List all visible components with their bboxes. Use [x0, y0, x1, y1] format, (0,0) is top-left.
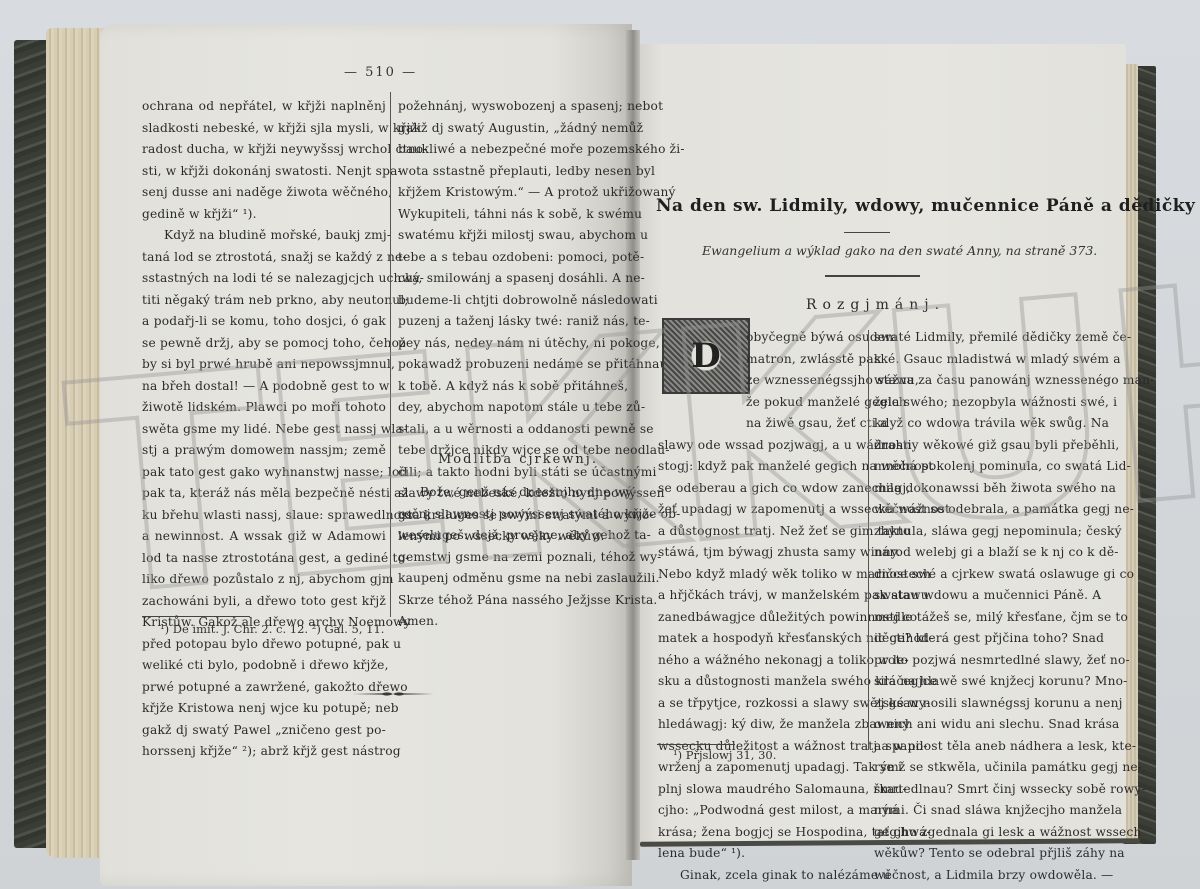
text-line: slawy ode wssad pozjwagj, a u wážnosti [658, 435, 862, 457]
text-line: dey, abychom napotom stále u tebe zů- [398, 397, 626, 419]
text-line: mila dokonawssi běh žiwota swého na [874, 478, 1094, 500]
right-page-column-1: obyčegně býwá osudemmatron, zwlásstě pak… [658, 327, 862, 886]
text-line: wážna za času panowánj wznessenégo man- [874, 370, 1094, 392]
text-line: baukliwé a nebezpečné moře pozemského ži… [398, 139, 626, 161]
text-line: by si byl prwé hrubě ani nepowssjmnul, [142, 354, 386, 376]
text-line: matron, zwlásstě pak [658, 349, 862, 371]
text-line: stáwá, tjm býwagj zhusta samy winny. [658, 542, 862, 564]
text-line: gemstwj gsme na zemi poznali, téhož wy- [398, 547, 626, 569]
text-line: lena bude“ ¹). [658, 843, 862, 865]
text-line: tebe a s tebau ozdobeni: pomoci, potě- [398, 247, 626, 269]
text-line: mnohá pokolenj pominula, co swatá Lid- [874, 456, 1094, 478]
text-line: hledáwagj: ký diw, že manžela zbaweny [658, 714, 862, 736]
page-number: — 510 — [344, 65, 417, 80]
text-line: křjže Kristowa nenj wjce ku potupě; neb [142, 698, 386, 720]
text-line: krása; žena bogjcj se Hospodina, tať chw… [658, 822, 862, 844]
text-line: cjho: „Podwodná gest milost, a marná [658, 800, 862, 822]
text-line: národ welebj gi a blaží se k nj co k dě- [874, 542, 1094, 564]
text-line: dičce swé a cjrkew swatá oslawuge gi co [874, 564, 1094, 586]
text-line: sstastných na lodi té se nalezagjcjch uc… [142, 268, 386, 290]
text-line: sti, w křjži dokonánj swatosti. Nenjt sp… [142, 161, 386, 183]
footnote-rule [657, 744, 735, 745]
text-line: sila na hlawě swé knjžecj korunu? Mno- [874, 671, 1094, 693]
text-line: křjžem Kristowým.“ — A protož ukřižowaný [398, 182, 626, 204]
text-line: Amen. [398, 611, 626, 633]
prayer-text: Bože, genž nás dnessnjho dne wý-ročnj sl… [398, 482, 626, 633]
text-line: požehnánj, wyswobozenj a spasenj; nebot [398, 96, 626, 118]
text-line: ku břehu wlasti nassj, slaue: sprawedlno… [142, 505, 386, 527]
text-line: zachowáni byli, a dřewo toto gest křjž [142, 591, 386, 613]
chapter-title: Na den sw. Lidmily, wdowy, mučennice Pán… [656, 196, 1200, 216]
text-line: ročnj slawnostj powýssenj swatého křjže … [398, 504, 626, 526]
text-line: budeme-li chtjti dobrowolně následowati [398, 290, 626, 312]
footnote-rule [142, 616, 250, 617]
right-footnote: ¹) Přjslowj 31, 30. [673, 748, 776, 762]
text-line: žela swého; nezopbyla wážnosti swé, i [874, 392, 1094, 414]
text-line: na žiwě gsau, žeť cti a [658, 413, 862, 435]
text-line: zhynula, sláwa gegj nepominula; český [874, 521, 1094, 543]
ornament-divider-icon [352, 691, 434, 697]
right-page-column-2: swaté Lidmily, přemilé dědičky země če-s… [874, 327, 1094, 886]
text-line: senj dusse ani naděge žiwota wěčného, [142, 182, 386, 204]
text-line: Bože, genž nás dnessnjho dne wý- [398, 482, 626, 504]
text-line: chy, smilowánj a spasenj dosáhli. A ne- [398, 268, 626, 290]
text-line: pokawadž probuzeni nedáme se přitáhnauti [398, 354, 626, 376]
text-line: gakž dj swatý Augustin, „žádný nemůž [398, 118, 626, 140]
text-line: děge? která gest přjčina toho? Snad [874, 628, 1094, 650]
title-rule [844, 232, 890, 233]
text-line: o nich ani widu ani slechu. Snad krása [874, 714, 1094, 736]
text-line: Když na bludině mořské, baukj zmj- [142, 225, 386, 247]
text-line: a se třpytjce, rozkossi a slawy swětské … [658, 693, 862, 715]
text-line: ochrana od nepřátel, w křjži naplněnj [142, 96, 386, 118]
text-line: a hřjčkách trávj, w manželském pak stawu [658, 585, 862, 607]
prayer-heading: Modlitba cjrkewnj. [438, 452, 598, 467]
text-line: a spanilost těla aneb nádhera a lesk, kt… [874, 736, 1094, 758]
text-line: drahny wěkowé giž gsau byli přeběhli, [874, 435, 1094, 457]
text-line: wěčnost, a Lidmila brzy owdowěla. — [874, 865, 1094, 887]
text-line: stj a prawým domowem nassjm; země [142, 440, 386, 462]
text-line: a newinnost. A wssak giž w Adamowi [142, 526, 386, 548]
text-line: sku a důstognosti manžela swého kráčegjc… [658, 671, 862, 693]
text-line: k tobě. A když nás k sobě přitáhneš, [398, 376, 626, 398]
column-divider [390, 92, 391, 617]
text-line: radost ducha, w křjži neywyšssj wrchol c… [142, 139, 386, 161]
text-line: stogj: když pak manželé gegich na wěčnos… [658, 456, 862, 478]
text-line: že pokud manželé gegich [658, 392, 862, 414]
text-line: žiwotě lidském. Plawci po moři tohoto [142, 397, 386, 419]
text-line: ské. Gsauc mladistwá w mladý swém a [874, 349, 1094, 371]
text-line: Ginak, zcela ginak to nalézáme u [658, 865, 862, 887]
text-line: plnj slowa maudrého Salomauna, řkau- [658, 779, 862, 801]
text-line: Nebo když mladý wěk toliko w marnostech [658, 564, 862, 586]
photo-background: — 510 — ochrana od nepřátel, w křjži nap… [0, 0, 1200, 889]
text-line: nými. Či snad sláwa knjžecjho manžela [874, 800, 1094, 822]
text-line: před potopau bylo dřewo potupné, pak u [142, 634, 386, 656]
text-line: stali, a u wěrnosti a oddanosti pewně se [398, 419, 626, 441]
text-line: weselugeš: dejž, prosjme, aby gehož ta- [398, 525, 626, 547]
text-line: zanedbáwagjce důležitých powinnostj co [658, 607, 862, 629]
text-line: swatému křjži milostj swau, abychom u [398, 225, 626, 247]
text-line: zj gsau nosili slawnégssj korunu a nenj [874, 693, 1094, 715]
text-line: obyčegně býwá osudem [658, 327, 862, 349]
text-line: swaté Lidmily, přemilé dědičky země če- [874, 327, 1094, 349]
chapter-subtitle: Ewangelium a wýklad gako na den swaté An… [702, 243, 1097, 258]
text-line: ze wznessenégssjho stawu, [658, 370, 862, 392]
text-line: liko dřewo pozůstalo z nj, abychom gjm [142, 569, 386, 591]
section-heading: Rozgjmánj. [806, 297, 945, 313]
text-line: prwé potupné a zawržené, gakožto dřewo [142, 677, 386, 699]
text-line: horssenj křjže“ ²); abrž křjž gest nástr… [142, 741, 386, 763]
text-line: a podařj-li se komu, toho dosjci, ó gak [142, 311, 386, 333]
text-line: na břeh dostal! — A podobně gest to w [142, 376, 386, 398]
text-line: proto pozjwá nesmrtedlné slawy, žeť no- [874, 650, 1094, 672]
text-line: gedině w křjži“ ¹). [142, 204, 386, 226]
text-line: puzenj a taženj lásky twé: raniž nás, te… [398, 311, 626, 333]
text-line: gakž dj swatý Pawel „zničeno gest po- [142, 720, 386, 742]
text-line: swatau wdowu a mučennici Páně. A [874, 585, 1094, 607]
text-line: lod ta nasse ztrostotána gest, a gediné … [142, 548, 386, 570]
left-page-column-1: ochrana od nepřátel, w křjži naplněnjsla… [142, 96, 386, 763]
text-line: se pewně držj, aby se pomocj toho, čehož [142, 333, 386, 355]
text-line: titi něgaký trám neb prkno, aby neutonul… [142, 290, 386, 312]
text-line: matek a hospodyň křesťanských nic ctihod… [658, 628, 862, 650]
text-line: medle tážeš se, milý křesťane, čjm se to [874, 607, 1094, 629]
text-line: pak tato gest gako wyhnanstwj nasse; lod [142, 462, 386, 484]
subtitle-rule [825, 275, 920, 277]
left-page-column-2: požehnánj, wyswobozenj a spasenj; nebotg… [398, 96, 626, 548]
text-line: weliké cti bylo, podobně i dřewo křjže, [142, 655, 386, 677]
text-line: taná lod se ztrostotá, snažj se každý z … [142, 247, 386, 269]
text-line: žeť upadagj w zapomenutj a wssecku wážno… [658, 499, 862, 521]
text-line: sladkosti nebeské, w křjži sjla mysli, w… [142, 118, 386, 140]
text-line: wota sstastně přeplauti, ledby nesen byl [398, 161, 626, 183]
text-line: pey nás, nedey nám ni útěchy, ni pokoge, [398, 333, 626, 355]
text-line: ného a wážného nekonagj a toliko w le- [658, 650, 862, 672]
column-divider [868, 330, 869, 750]
text-line: se odeberau a gich co wdow zanechagj, [658, 478, 862, 500]
text-line: rýmž se stkwěla, učinila památku gegj ne… [874, 757, 1094, 779]
text-line: a důstognost tratj. Než žeť se gim takto [658, 521, 862, 543]
text-line: smrtedlnau? Smrt činj wssecky sobě rowy- [874, 779, 1094, 801]
text-line: Skrze téhož Pána nassého Ježjsse Krista. [398, 590, 626, 612]
text-line: wěkůw? Tento se odebral přjliš záhy na [874, 843, 1094, 865]
text-line: Wykupiteli, táhni nás k sobě, k swému [398, 204, 626, 226]
left-footnote: ¹) De imit. J. Chr. 2. c. 12. ²) Gal. 5,… [160, 622, 384, 636]
text-line: wěčnost se odebrala, a památka gegj ne- [874, 499, 1094, 521]
text-line: pak ta, kteráž nás měla bezpečně nésti a… [142, 483, 386, 505]
text-line: gegjho zgednala gi lesk a wážnost wssech [874, 822, 1094, 844]
text-line: swěta gsme my lidé. Nebe gest nassj wla- [142, 419, 386, 441]
text-line: kaupenj odměnu gsme na nebi zaslaužili. [398, 568, 626, 590]
text-line: když co wdowa trávila wěk swůg. Na [874, 413, 1094, 435]
